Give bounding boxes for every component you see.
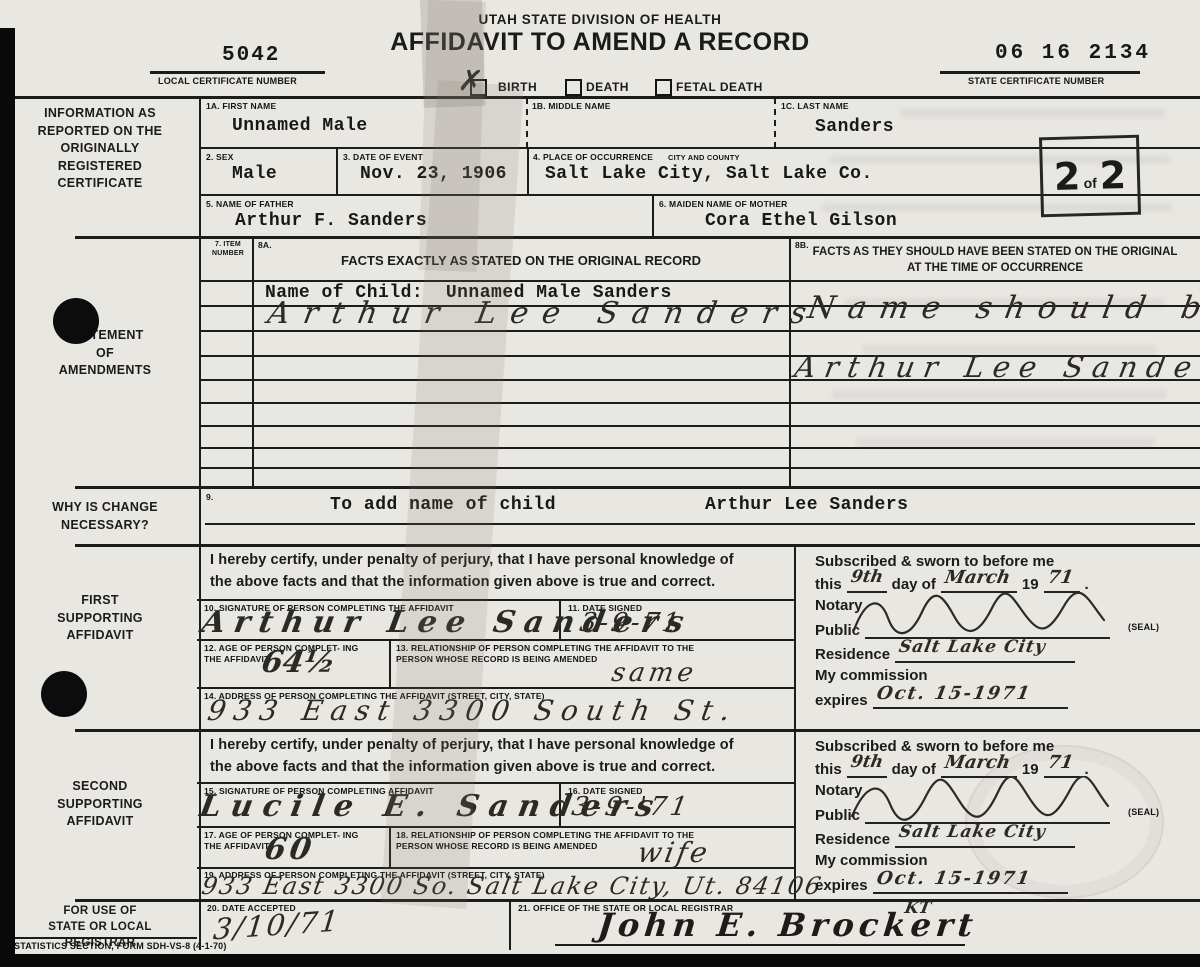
field13-relationship: same bbox=[609, 658, 699, 688]
notary2-seal-label: (SEAL) bbox=[1128, 807, 1159, 818]
affidavit-document: UTAH STATE DIVISION OF HEALTH AFFIDAVIT … bbox=[0, 0, 1200, 967]
should-be-line2: Arthur Lee Sanders bbox=[792, 350, 1200, 384]
hole-punch bbox=[53, 298, 99, 344]
death-checkbox-label: DEATH bbox=[586, 80, 629, 94]
sex-value: Male bbox=[232, 164, 277, 184]
notary1-seal-label: (SEAL) bbox=[1128, 622, 1159, 633]
grid-line bbox=[15, 96, 1200, 99]
rule-line bbox=[150, 71, 325, 74]
field14-address: 933 East 3300 South St. bbox=[205, 694, 741, 727]
notary2-residence-line: Residence Salt Lake City bbox=[815, 828, 1075, 848]
first-affidavit-label-line3: AFFIDAVIT bbox=[30, 627, 170, 645]
day-of-word: day of bbox=[892, 576, 936, 593]
bleedthrough-mark bbox=[900, 108, 1165, 118]
amendments-label-line1: STATEMENT bbox=[30, 327, 180, 345]
notary1-month: March bbox=[943, 567, 1012, 588]
grid-line bbox=[75, 236, 1200, 239]
grid-line bbox=[526, 98, 528, 148]
place-of-occurrence-label: 4. PLACE OF OCCURRENCE bbox=[533, 152, 653, 163]
grid-line bbox=[389, 639, 391, 688]
year-prefix: 19 bbox=[1022, 576, 1039, 593]
grid-line bbox=[509, 899, 511, 950]
field16-date: 3-9-'71 bbox=[569, 792, 693, 822]
first-name-value: Unnamed Male bbox=[232, 116, 368, 136]
notary1-signature-scribble bbox=[850, 592, 1110, 638]
birth-checkbox-label: BIRTH bbox=[498, 80, 537, 94]
notary2-sworn-text: Subscribed & sworn to before me bbox=[815, 738, 1054, 755]
notary1-residence-line: Residence Salt Lake City bbox=[815, 643, 1075, 663]
grid-line bbox=[75, 486, 1200, 489]
grid-line bbox=[197, 599, 795, 601]
notary2-expires-label: expires bbox=[815, 877, 868, 894]
notary1-commission-label: My commission bbox=[815, 667, 928, 684]
place-of-occurrence-sublabel: CITY AND COUNTY bbox=[668, 153, 740, 162]
grid-line bbox=[527, 147, 529, 195]
stamp-of-text: of bbox=[1083, 175, 1097, 191]
state-certificate-label: STATE CERTIFICATE NUMBER bbox=[968, 76, 1104, 87]
notary2-day: 9th bbox=[849, 752, 885, 772]
notary2-year: 71 bbox=[1046, 752, 1075, 773]
field9-name: Arthur Lee Sanders bbox=[705, 495, 908, 515]
notary2-commission-label: My commission bbox=[815, 852, 928, 869]
birth-checkmark-icon: ✗ bbox=[456, 63, 485, 100]
grid-line bbox=[200, 447, 1200, 449]
field12-age: 64½ bbox=[259, 645, 338, 680]
field9-number: 9. bbox=[206, 492, 214, 503]
notary2-residence-fill: Salt Lake City bbox=[895, 828, 1075, 848]
item-number-column-header: 7. ITEM NUMBER bbox=[207, 241, 249, 259]
death-checkbox bbox=[565, 79, 582, 96]
col-8b-header-line1: FACTS AS THEY SHOULD HAVE BEEN STATED ON… bbox=[790, 245, 1200, 261]
grid-line bbox=[652, 194, 654, 237]
section-label-why-change: WHY IS CHANGE NECESSARY? bbox=[30, 499, 180, 534]
grid-line bbox=[197, 826, 795, 828]
state-certificate-number: 06 16 2134 bbox=[995, 42, 1151, 65]
section-label-original-info: INFORMATION AS REPORTED ON THE ORIGINALL… bbox=[35, 105, 165, 193]
grid-line bbox=[794, 544, 796, 900]
second-affidavit-label-line3: AFFIDAVIT bbox=[30, 813, 170, 831]
registrar-label-line1: FOR USE OF bbox=[20, 903, 180, 919]
section-label-first-affidavit: FIRST SUPPORTING AFFIDAVIT bbox=[30, 592, 170, 645]
certification-line2-aff1: the above facts and that the information… bbox=[210, 574, 715, 590]
father-name-label: 5. NAME OF FATHER bbox=[206, 199, 294, 210]
this-word: this bbox=[815, 761, 842, 778]
local-certificate-label: LOCAL CERTIFICATE NUMBER bbox=[158, 76, 297, 87]
grid-line bbox=[75, 729, 1200, 732]
notary1-year: 71 bbox=[1046, 567, 1075, 588]
notary1-expires-fill: Oct. 15-1971 bbox=[873, 689, 1068, 709]
grid-line bbox=[200, 467, 1200, 469]
rule-line bbox=[940, 71, 1140, 74]
field11-date: 3-9-71 bbox=[577, 608, 684, 638]
scan-edge-left bbox=[0, 28, 15, 967]
col-8a-number: 8A. bbox=[258, 240, 272, 251]
grid-line bbox=[200, 425, 1200, 427]
notary2-signature-scribble bbox=[848, 776, 1113, 824]
certification-line1-aff1: I hereby certify, under penalty of perju… bbox=[210, 552, 734, 568]
bleedthrough-mark bbox=[832, 390, 1167, 399]
notary2-year-fill: 71 bbox=[1044, 758, 1080, 778]
second-affidavit-label-line1: SECOND bbox=[30, 778, 170, 796]
section-label-amendments: STATEMENT OF AMENDMENTS bbox=[30, 327, 180, 380]
field17-age: 60 bbox=[262, 832, 318, 867]
last-name-label: 1C. LAST NAME bbox=[781, 101, 849, 112]
notary1-expires-date: Oct. 15-1971 bbox=[875, 683, 1033, 704]
grid-line bbox=[75, 544, 1200, 547]
date-of-event-label: 3. DATE OF EVENT bbox=[343, 152, 423, 163]
registrar-label-line2: STATE OR LOCAL bbox=[20, 919, 180, 935]
notary2-residence: Salt Lake City bbox=[897, 822, 1047, 842]
amendments-label-line3: AMENDMENTS bbox=[30, 362, 180, 380]
grid-line bbox=[336, 147, 338, 195]
grid-line bbox=[200, 402, 1200, 404]
last-name-value: Sanders bbox=[815, 117, 894, 137]
notary1-expires-label: expires bbox=[815, 692, 868, 709]
notary2-expires-line: expires Oct. 15-1971 bbox=[815, 874, 1068, 894]
mother-name-value: Cora Ethel Gilson bbox=[705, 211, 897, 231]
certification-line2-aff2: the above facts and that the information… bbox=[210, 759, 715, 775]
col-8b-header-line2: AT THE TIME OF OCCURRENCE bbox=[790, 261, 1200, 277]
notary2-residence-label: Residence bbox=[815, 831, 890, 848]
middle-name-label: 1B. MIDDLE NAME bbox=[532, 101, 611, 112]
writing-line bbox=[205, 523, 1195, 525]
fetal-death-checkbox-label: FETAL DEATH bbox=[676, 80, 763, 94]
notary2-expires-date: Oct. 15-1971 bbox=[875, 868, 1033, 889]
sex-label: 2. SEX bbox=[206, 152, 234, 163]
grid-line bbox=[252, 236, 254, 487]
grid-line bbox=[389, 826, 391, 868]
col-8a-header: FACTS EXACTLY AS STATED ON THE ORIGINAL … bbox=[253, 253, 789, 268]
bleedthrough-mark bbox=[855, 438, 1155, 447]
hole-punch bbox=[41, 671, 87, 717]
notary2-month-fill: March bbox=[941, 758, 1017, 778]
notary1-residence-fill: Salt Lake City bbox=[895, 643, 1075, 663]
scan-edge-bottom bbox=[0, 954, 1200, 967]
grid-line bbox=[197, 687, 795, 689]
first-affidavit-label-line2: SUPPORTING bbox=[30, 610, 170, 628]
col-8b-header: FACTS AS THEY SHOULD HAVE BEEN STATED ON… bbox=[790, 245, 1200, 276]
period: . bbox=[1085, 576, 1089, 593]
notary2-month: March bbox=[943, 752, 1012, 773]
this-word: this bbox=[815, 576, 842, 593]
father-name-value: Arthur F. Sanders bbox=[235, 211, 427, 231]
stamp-page-number: 2 bbox=[1053, 154, 1081, 199]
page-number-stamp: 2 of 2 bbox=[1039, 135, 1141, 218]
notary1-sworn-text: Subscribed & sworn to before me bbox=[815, 553, 1054, 570]
stamp-page-total: 2 bbox=[1099, 153, 1127, 198]
notary2-day-fill: 9th bbox=[847, 758, 887, 778]
second-affidavit-label-line2: SUPPORTING bbox=[30, 796, 170, 814]
form-footer: STATISTICS SECTION, FORM SDH-VS-8 (4-1-7… bbox=[14, 941, 227, 952]
grid-line bbox=[200, 280, 1200, 282]
first-name-label: 1A. FIRST NAME bbox=[206, 101, 276, 112]
field19-address: 933 East 3300 So. Salt Lake City, Ut. 84… bbox=[200, 872, 825, 900]
notary1-residence: Salt Lake City bbox=[897, 637, 1047, 657]
date-of-event-value: Nov. 23, 1906 bbox=[360, 164, 507, 184]
mother-name-label: 6. MAIDEN NAME OF MOTHER bbox=[659, 199, 788, 210]
registrar-initials: KT bbox=[903, 898, 932, 917]
agency-name: UTAH STATE DIVISION OF HEALTH bbox=[0, 12, 1200, 27]
notary1-day-fill: 9th bbox=[847, 573, 887, 593]
notary1-month-fill: March bbox=[941, 573, 1017, 593]
amendments-label-line2: OF bbox=[30, 345, 180, 363]
grid-line bbox=[774, 98, 776, 148]
notary1-residence-label: Residence bbox=[815, 646, 890, 663]
certification-line1-aff2: I hereby certify, under penalty of perju… bbox=[210, 737, 734, 753]
amendment-handwritten-entry: Arthur Lee Sanders bbox=[265, 296, 823, 331]
fetal-death-checkbox bbox=[655, 79, 672, 96]
place-of-occurrence-value: Salt Lake City, Salt Lake Co. bbox=[545, 164, 873, 184]
local-certificate-number: 5042 bbox=[222, 44, 280, 67]
section-label-second-affidavit: SECOND SUPPORTING AFFIDAVIT bbox=[30, 778, 170, 831]
notary2-expires-fill: Oct. 15-1971 bbox=[873, 874, 1068, 894]
first-affidavit-label-line1: FIRST bbox=[30, 592, 170, 610]
field9-reason: To add name of child bbox=[330, 495, 556, 515]
notary1-day: 9th bbox=[849, 567, 885, 587]
notary1-year-fill: 71 bbox=[1044, 573, 1080, 593]
field18-relationship: wife bbox=[635, 836, 713, 869]
writing-line bbox=[555, 944, 965, 946]
should-be-line1: Name should be bbox=[805, 290, 1200, 326]
grid-line bbox=[197, 782, 795, 784]
notary1-expires-line: expires Oct. 15-1971 bbox=[815, 689, 1068, 709]
notary2-date-line: this 9th day of March 19 71 . bbox=[815, 758, 1089, 778]
notary1-date-line: this 9th day of March 19 71 . bbox=[815, 573, 1089, 593]
